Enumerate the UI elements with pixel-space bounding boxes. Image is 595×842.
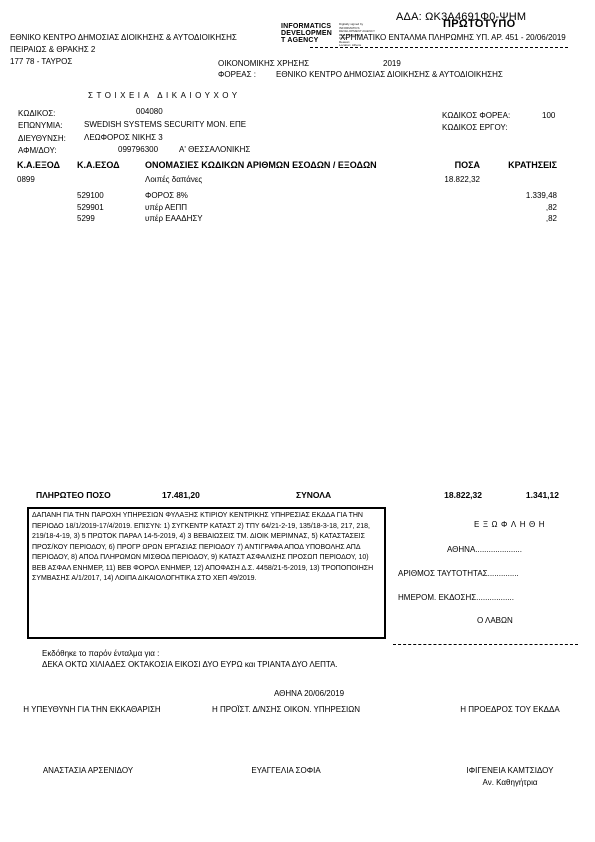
organization-address-line2: 177 78 - ΤΑΥΡΟΣ	[10, 58, 72, 66]
row-amount: 18.822,32	[420, 176, 480, 184]
fiscal-year-label: ΟΙΚΟΝΟΜΙΚΗΣ ΧΡΗΣΗΣ	[218, 60, 309, 68]
signatory-role-president: Η ΠΡΟΕΔΡΟΣ ΤΟΥ ΕΚΔΔΑ	[420, 706, 595, 714]
signatory-name-finance-director: ΕΥΑΓΓΕΛΙΑ ΣΟΦΙΑ	[200, 767, 372, 775]
payable-amount-label: ΠΛΗΡΩΤΕΟ ΠΟΣΟ	[36, 491, 111, 500]
signatory-name-clearance: ΑΝΑΣΤΑΣΙΑ ΑΡΣΕΝΙΔΟΥ	[0, 767, 176, 775]
agency-code-label: ΚΩΔΙΚΟΣ ΦΟΡΕΑ:	[442, 112, 510, 120]
receipt-city: ΑΘΗΝΑ.....................	[447, 546, 522, 554]
beneficiary-tax-label: ΑΦΜ/ΔΟΥ:	[18, 147, 57, 155]
agency-code: 100	[542, 112, 555, 120]
column-header-description: ΟΝΟΜΑΣΙΕΣ ΚΩΔΙΚΩΝ ΑΡΙΘΜΩΝ ΕΣΟΔΩΝ / ΕΞΟΔΩ…	[145, 161, 377, 170]
beneficiary-section-title: ΣΤΟΙΧΕΙΑ ΔΙΚΑΙΟΥΧΟΥ	[88, 92, 241, 100]
beneficiary-name-label: ΕΠΩΝΥΜΙΑ:	[18, 122, 63, 130]
column-header-deductions: ΚΡΑΤΗΣΕΙΣ	[497, 161, 557, 170]
title-dashed-underline	[310, 47, 568, 48]
beneficiary-code: 004080	[136, 108, 163, 116]
row-deductions: ,82	[497, 215, 557, 223]
fiscal-year-value: 2019	[383, 60, 401, 68]
issuance-label: Εκδόθηκε το παρόν ένταλμα για :	[42, 650, 159, 658]
row-description: υπέρ ΕΑΑΔΗΣΥ	[145, 215, 203, 223]
payment-order-title: ΧΡΗΜΑΤΙΚΟ ΕΝΤΑΛΜΑ ΠΛΗΡΩΜΗΣ ΥΠ. ΑΡ. 451 -…	[340, 34, 566, 42]
organization-name: ΕΘΝΙΚΟ ΚΕΝΤΡΟ ΔΗΜΟΣΙΑΣ ΔΙΟΙΚΗΣΗΣ & ΑΥΤΟΔ…	[10, 34, 237, 42]
original-stamp-label: ΠΡΩΤΟΤΥΠΟ	[443, 19, 515, 30]
payable-amount: 17.481,20	[162, 491, 200, 500]
row-description: ΦΟΡΟΣ 8%	[145, 192, 188, 200]
receipt-title: ΕΞΩΦΛΗΘΗ	[474, 521, 548, 529]
signatory-role-finance-director: Η ΠΡΟΪΣΤ. Δ/ΝΣΗΣ ΟΙΚΟΝ. ΥΠΗΡΕΣΙΩΝ	[188, 706, 384, 714]
expense-description-box: ΔΑΠΑΝΗ ΓΙΑ ΤΗΝ ΠΑΡΟΧΗ ΥΠΗΡΕΣΙΩΝ ΦΥΛΑΞΗΣ …	[27, 507, 386, 639]
row-revenue-code: 529100	[77, 192, 104, 200]
row-description: υπέρ ΑΕΠΠ	[145, 204, 187, 212]
total-amount: 18.822,32	[420, 491, 482, 500]
column-header-amount: ΠΟΣΑ	[420, 161, 480, 170]
total-deductions: 1.341,12	[497, 491, 559, 500]
row-revenue-code: 5299	[77, 215, 95, 223]
beneficiary-tax-office: Α' ΘΕΣΣΑΛΟΝΙΚΗΣ	[179, 146, 250, 154]
signatory-name-president: ΙΦΙΓΕΝΕΙΑ ΚΑΜΤΣΙΔΟΥ	[420, 767, 595, 775]
row-deductions: 1.339,48	[497, 192, 557, 200]
beneficiary-address: ΛΕΩΦΟΡΟΣ ΝΙΚΗΣ 3	[84, 134, 163, 142]
receipt-id-number: ΑΡΙΘΜΟΣ ΤΑΥΤΟΤΗΤΑΣ..............	[398, 570, 519, 578]
signatory-role-clearance: Η ΥΠΕΥΘΥΝΗ ΓΙΑ ΤΗΝ ΕΚΚΑΘΑΡΙΣΗ	[0, 706, 184, 714]
amount-in-words: ΔΕΚΑ ΟΚΤΩ ΧΙΛΙΑΔΕΣ ΟΚΤΑΚΟΣΙΑ ΕΙΚΟΣΙ ΔΥΟ …	[42, 661, 338, 669]
expense-description-text: ΔΑΠΑΝΗ ΓΙΑ ΤΗΝ ΠΑΡΟΧΗ ΥΠΗΡΕΣΙΩΝ ΦΥΛΑΞΗΣ …	[29, 509, 384, 587]
agency-name: ΕΘΝΙΚΟ ΚΕΝΤΡΟ ΔΗΜΟΣΙΑΣ ΔΙΟΙΚΗΣΗΣ & ΑΥΤΟΔ…	[276, 71, 503, 79]
row-revenue-code: 529901	[77, 204, 104, 212]
place-and-date: ΑΘΗΝΑ 20/06/2019	[274, 690, 344, 698]
row-deductions: ,82	[497, 204, 557, 212]
beneficiary-address-label: ΔΙΕΥΘΥΝΣΗ:	[18, 135, 66, 143]
row-description: Λοιπές δαπάνες	[145, 176, 202, 184]
column-header-revenue-code: Κ.Α.ΕΣΟΔ	[77, 161, 120, 170]
receipt-receiver: Ο ΛΑΒΩΝ	[477, 617, 513, 625]
organization-address-line1: ΠΕΙΡΑΙΩΣ & ΘΡΑΚΗΣ 2	[10, 46, 95, 54]
beneficiary-tax-id: 099796300	[118, 146, 158, 154]
agency-label: ΦΟΡΕΑΣ :	[218, 71, 256, 79]
signatory-president-title: Αν. Καθηγήτρια	[420, 779, 595, 787]
totals-label: ΣΥΝΟΛΑ	[296, 491, 331, 500]
row-expense-code: 0899	[17, 176, 35, 184]
project-code-label: ΚΩΔΙΚΟΣ ΕΡΓΟΥ:	[442, 124, 508, 132]
beneficiary-code-label: ΚΩΔΙΚΟΣ:	[18, 110, 55, 118]
signature-stamp-text: INFORMATICS DEVELOPMEN T AGENCY	[281, 23, 332, 44]
receiver-signature-line	[393, 644, 578, 645]
receipt-issue-date: ΗΜΕΡΟΜ. ΕΚΔΟΣΗΣ.................	[398, 594, 514, 602]
column-header-expense-code: Κ.Α.ΕΞΟΔ	[17, 161, 60, 170]
beneficiary-name: SWEDISH SYSTEMS SECURITY ΜΟΝ. ΕΠΕ	[84, 121, 246, 129]
